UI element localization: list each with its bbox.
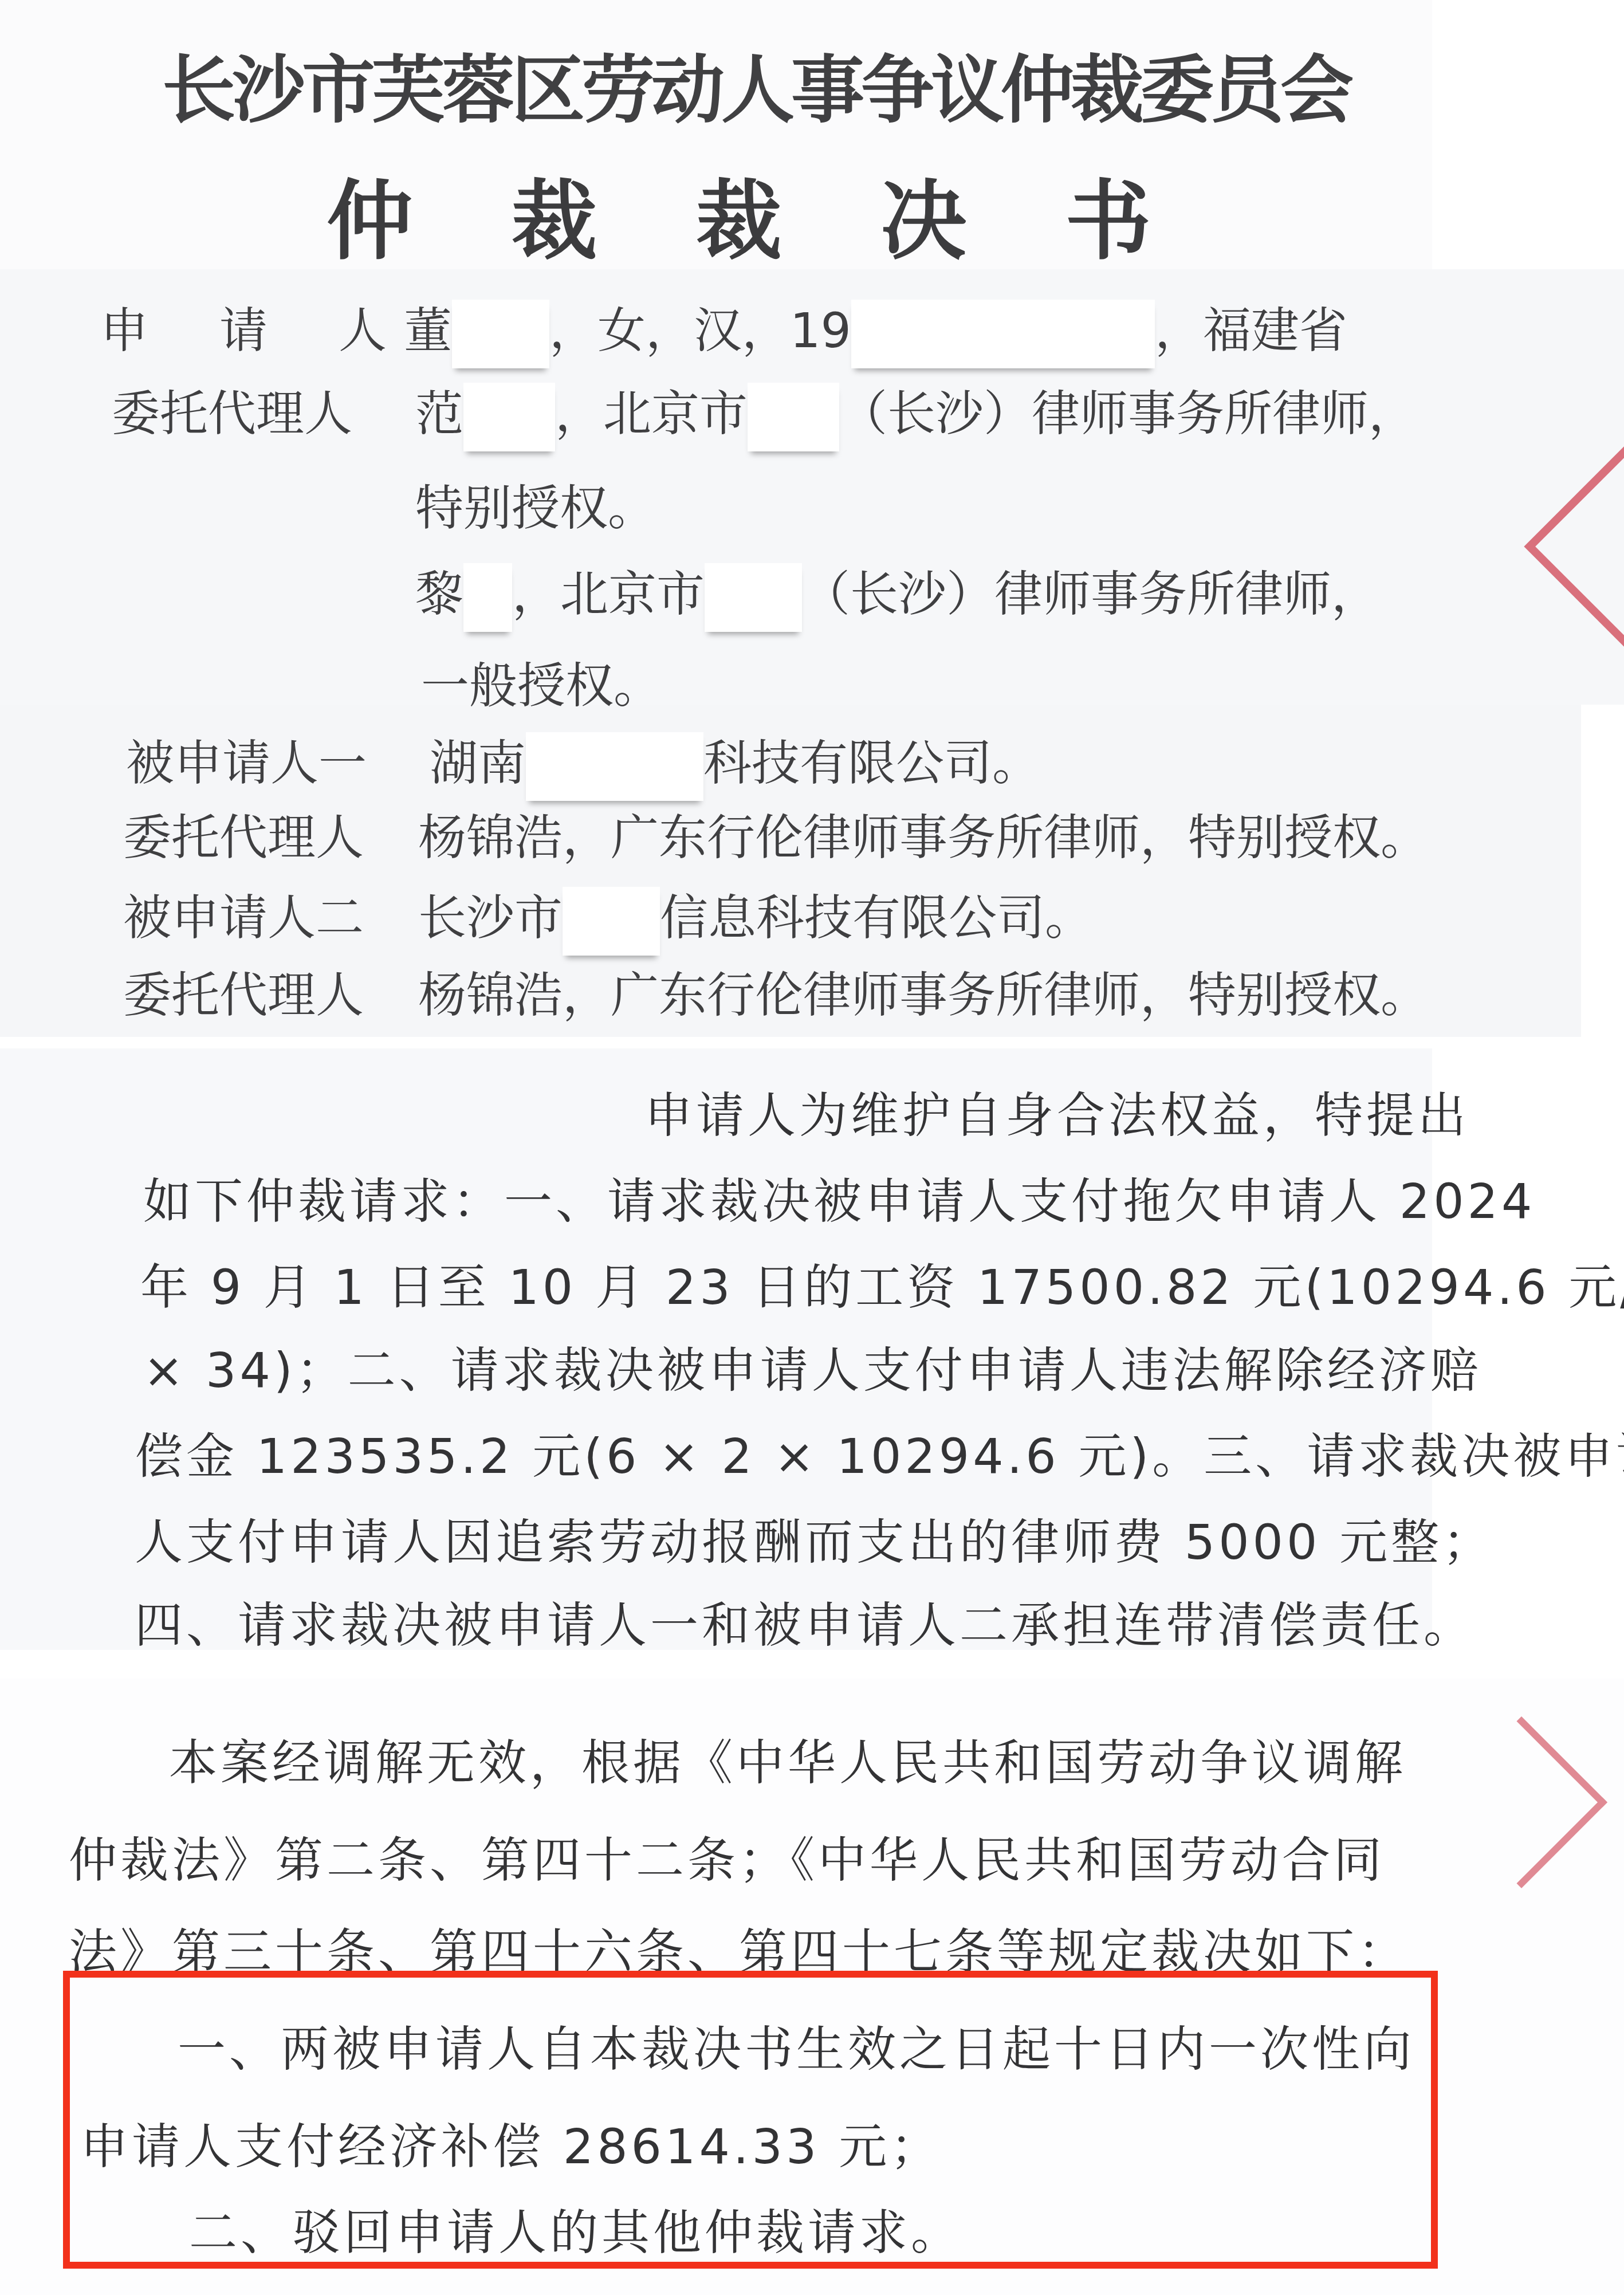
respondent1-name: 湖南科技有限公司。 [430, 725, 1040, 801]
redaction-block [452, 300, 549, 368]
claims-line-1: 申请人为维护自身合法权益，特提出 [644, 1077, 1469, 1146]
ruling-basis-line-1: 本案经调解无效，根据《中华人民共和国劳动争议调解 [169, 1724, 1406, 1794]
applicant-agent-label: 委托代理人 [112, 375, 352, 445]
agent2-firm-suffix: （长沙）律师事务所律师， [802, 566, 1379, 622]
claims-line-7: 四、请求裁决被申请人一和被申请人二承担连带清偿责任。 [135, 1587, 1475, 1656]
document-title: 仲 裁 裁 决 书 [0, 152, 1512, 276]
decision-line-2: 申请人支付经济补偿 28614.33 元； [80, 2108, 942, 2178]
respondent1-agent-text: 杨锦浩，广东行伦律师事务所律师，特别授权。 [418, 799, 1429, 869]
agent1-name-prefix: 范 [415, 386, 463, 442]
agent1-firm-city: ，北京市 [555, 386, 748, 442]
claims-line-4: × 34)；二、请求裁决被申请人支付申请人违法解除经济赔 [143, 1332, 1482, 1401]
respondent2-agent-text: 杨锦浩，广东行伦律师事务所律师，特别授权。 [418, 957, 1429, 1026]
applicant-label: 申 请 人 [100, 292, 398, 361]
claims-line-6: 人支付申请人因追索劳动报酬而支出的律师费 5000 元整； [135, 1504, 1494, 1573]
applicant-agent2-line: 黎，北京市（长沙）律师事务所律师， [415, 556, 1379, 632]
ruling-basis-line-2: 仲裁法》第二条、第四十二条；《中华人民共和国劳动合同 [69, 1822, 1385, 1891]
respondent1-name-suffix: 科技有限公司。 [703, 735, 1040, 791]
redaction-block [748, 383, 839, 451]
redaction-block [705, 563, 802, 632]
decision-line-1: 一、两被申请人自本裁决书生效之日起十日内一次性向 [178, 2011, 1415, 2080]
claims-line-3: 年 9 月 1 日至 10 月 23 日的工资 17500.82 元(10294… [140, 1249, 1624, 1318]
respondent1-name-prefix: 湖南 [430, 735, 526, 791]
redaction-block [563, 887, 660, 956]
redaction-block [851, 300, 1155, 368]
agent1-authorization: 特别授权。 [415, 470, 656, 539]
redaction-block [463, 383, 555, 451]
respondent2-name-prefix: 长沙市 [418, 890, 563, 946]
claims-line-5: 偿金 123535.2 元(6 × 2 × 10294.6 元)。三、请求裁决被… [135, 1418, 1624, 1487]
agent2-name-prefix: 黎 [415, 566, 463, 622]
redaction-block [526, 732, 703, 801]
decision-line-3: 二、驳回申请人的其他仲裁请求。 [189, 2194, 962, 2263]
respondent2-label: 被申请人二 [123, 879, 364, 949]
agent2-firm-city: ，北京市 [512, 566, 705, 622]
applicant-agent1-line: 范，北京市（长沙）律师事务所律师， [415, 375, 1417, 451]
redaction-block [463, 563, 512, 632]
agent1-firm-suffix: （长沙）律师事务所律师， [839, 386, 1417, 442]
respondent1-label: 被申请人一 [126, 725, 367, 794]
applicant-line: 董，女，汉，19，福建省 [404, 292, 1347, 368]
claims-line-2: 如下仲裁请求：一、请求裁决被申请人支付拖欠申请人 2024 [143, 1163, 1535, 1232]
applicant-details: ，女，汉，19 [549, 302, 851, 359]
applicant-origin: ，福建省 [1155, 302, 1347, 359]
agent2-authorization: 一般授权。 [421, 647, 662, 717]
respondent2-name: 长沙市信息科技有限公司。 [418, 879, 1093, 956]
respondent1-agent-label: 委托代理人 [123, 799, 364, 869]
respondent2-name-suffix: 信息科技有限公司。 [660, 890, 1093, 946]
respondent2-agent-label: 委托代理人 [123, 957, 364, 1026]
issuer-title: 长沙市芙蓉区劳动人事争议仲裁委员会 [0, 32, 1512, 137]
applicant-name-prefix: 董 [404, 302, 452, 359]
